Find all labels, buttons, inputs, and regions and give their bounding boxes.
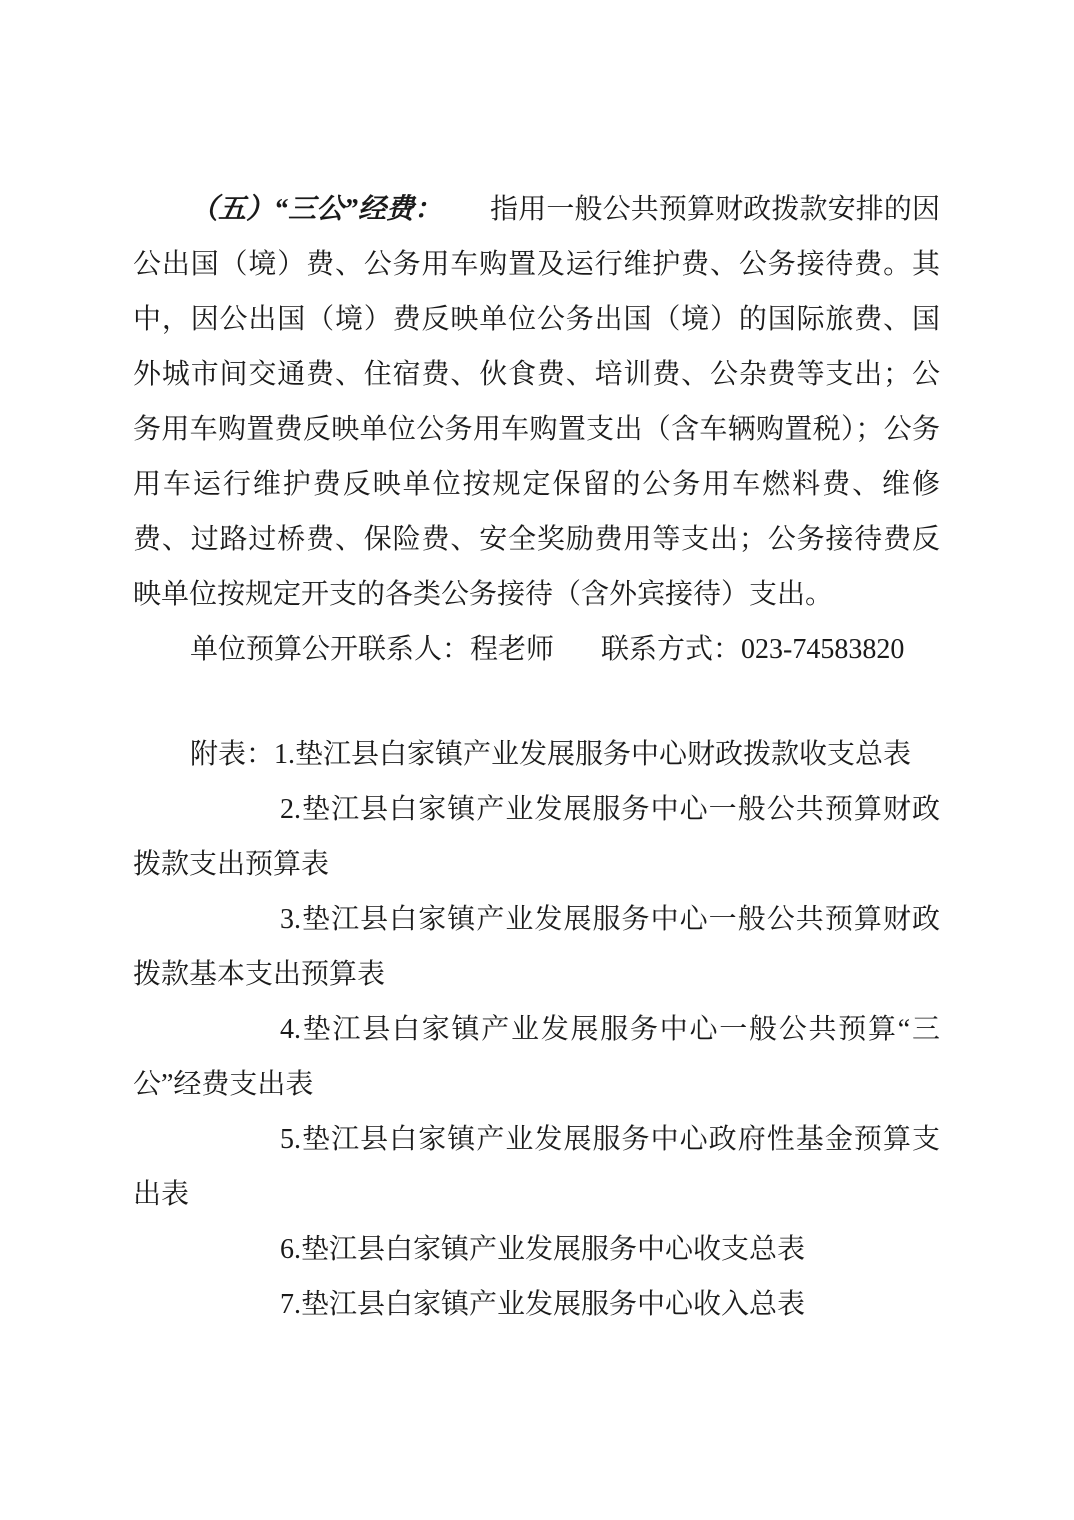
contact-person: 单位预算公开联系人：程老师 (190, 634, 554, 665)
attachment-item: 7.垫江县白家镇产业发展服务中心收入总表 (133, 1277, 940, 1332)
attachment-item-text: 5.垫江县白家镇产业发展服务中心政府性基金预算支出表 (133, 1124, 940, 1210)
attachment-item: 6.垫江县白家镇产业发展服务中心收支总表 (133, 1222, 940, 1277)
contact-line: 单位预算公开联系人：程老师联系方式：023-74583820 (133, 622, 940, 677)
attachment-item: 4.垫江县白家镇产业发展服务中心一般公共预算“三公”经费支出表 (133, 1002, 940, 1112)
attachment-item-text: 7.垫江县白家镇产业发展服务中心收入总表 (280, 1289, 805, 1320)
attachment-item: 3.垫江县白家镇产业发展服务中心一般公共预算财政拨款基本支出预算表 (133, 892, 940, 1002)
attachment-item: 2.垫江县白家镇产业发展服务中心一般公共预算财政拨款支出预算表 (133, 782, 940, 892)
document-page: （五）“三公”经费：指用一般公共预算财政拨款安排的因公出国（境）费、公务用车购置… (0, 0, 1074, 1520)
attachment-item-text: 1.垫江县白家镇产业发展服务中心财政拨款收支总表 (274, 739, 911, 770)
contact-phone: 联系方式：023-74583820 (601, 634, 904, 665)
attachment-item-text: 3.垫江县白家镇产业发展服务中心一般公共预算财政拨款基本支出预算表 (133, 904, 940, 990)
attachment-item-text: 2.垫江县白家镇产业发展服务中心一般公共预算财政拨款支出预算表 (133, 794, 940, 880)
attachment-item: 5.垫江县白家镇产业发展服务中心政府性基金预算支出表 (133, 1112, 940, 1222)
attachment-item-text: 6.垫江县白家镇产业发展服务中心收支总表 (280, 1234, 805, 1265)
attachments-label: 附表： (190, 739, 274, 770)
attachment-item-text: 4.垫江县白家镇产业发展服务中心一般公共预算“三公”经费支出表 (133, 1014, 940, 1100)
paragraph-lead-bold: （五）“三公”经费： (190, 182, 490, 237)
paragraph-body: 指用一般公共预算财政拨款安排的因公出国（境）费、公务用车购置及运行维护费、公务接… (133, 194, 940, 610)
attachments-list: 附表：1.垫江县白家镇产业发展服务中心财政拨款收支总表 2.垫江县白家镇产业发展… (133, 727, 940, 1332)
attachment-item: 附表：1.垫江县白家镇产业发展服务中心财政拨款收支总表 (133, 727, 940, 782)
sangong-paragraph: （五）“三公”经费：指用一般公共预算财政拨款安排的因公出国（境）费、公务用车购置… (133, 182, 940, 622)
